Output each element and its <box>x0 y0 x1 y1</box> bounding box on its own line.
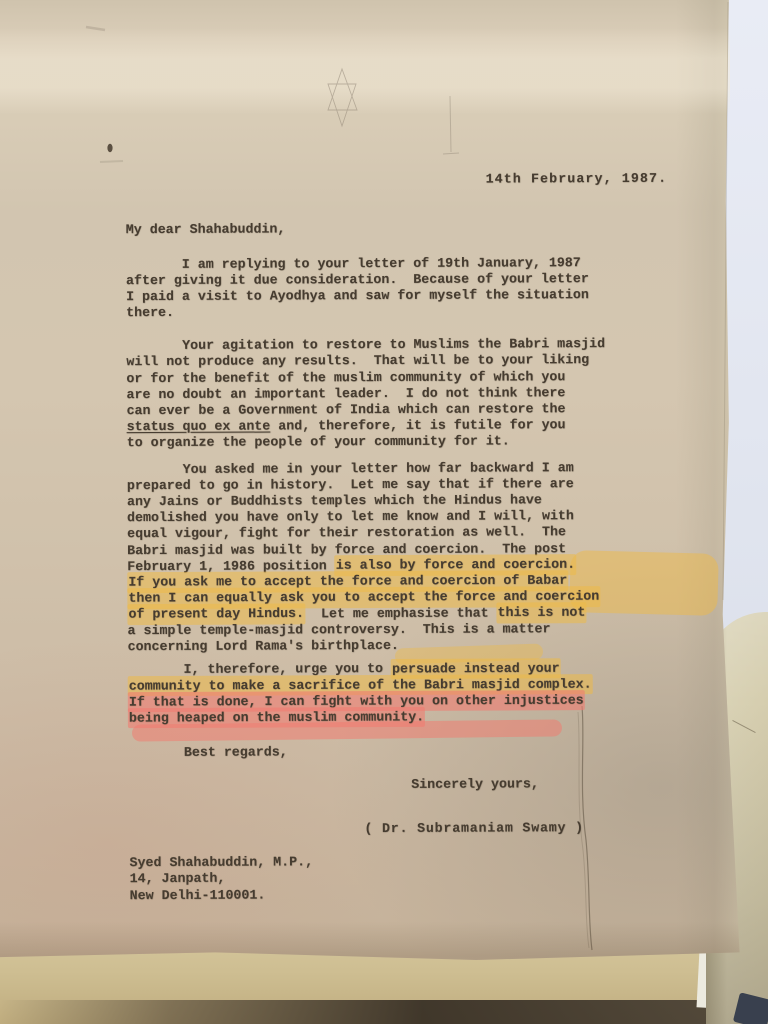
salutation: My dear Shahabuddin, <box>126 221 286 237</box>
text-segment: can ever be a Government of India which … <box>127 401 566 418</box>
address-line: Syed Shahabuddin, M.P., <box>129 854 313 871</box>
text-segment: or for the benefit of the muslim communi… <box>126 369 565 386</box>
letter-body: I am replying to your letter of 19th Jan… <box>126 255 668 761</box>
text-segment: prepared to go in history. Let me say th… <box>127 476 574 493</box>
highlight-yellow: this is not <box>496 602 586 623</box>
text-segment: demolished you have only to let me know … <box>127 508 574 525</box>
text-segment: any Jains or Buddhists temples which the… <box>127 493 542 510</box>
paragraph: I, therefore, urge you to persuade inste… <box>128 660 668 727</box>
text-segment: there. <box>126 305 174 320</box>
text-line: to organize the people of your community… <box>127 433 667 451</box>
text-segment: You asked me in your letter how far back… <box>127 460 574 477</box>
text-segment: are no doubt an important leader. I do n… <box>126 385 565 402</box>
text-segment: after giving it due consideration. Becau… <box>126 271 589 288</box>
paragraph: You asked me in your letter how far back… <box>127 460 668 655</box>
text-line: Best regards, <box>128 742 668 760</box>
text-segment: and, therefore, it is futile for you <box>270 417 565 433</box>
letter-photo: { "letter": { "date": "14th February, 19… <box>0 0 768 1024</box>
letter-content: 14th February, 1987. My dear Shahabuddin… <box>0 0 768 1024</box>
text-line: of present day Hindus. Let me emphasise … <box>127 605 667 623</box>
address-line: 14, Janpath, <box>130 871 314 888</box>
recipient-address: Syed Shahabuddin, M.P.,14, Janpath,New D… <box>129 854 313 904</box>
signature-name: ( Dr. Subramaniam Swamy ) <box>364 820 584 836</box>
text-segment: a simple temple-masjid controversy. This… <box>127 621 550 638</box>
text-line: will not produce any results. That will … <box>126 352 666 370</box>
text-line: there. <box>126 303 666 321</box>
date-line: 14th February, 1987. <box>486 171 668 187</box>
text-line: I paid a visit to Ayodhya and saw for my… <box>126 287 666 305</box>
text-segment: Best regards, <box>128 744 288 760</box>
paragraph: Your agitation to restore to Muslims the… <box>126 336 666 451</box>
text-segment: concerning Lord Rama's birthplace. <box>128 638 399 654</box>
text-segment: will not produce any results. That will … <box>126 353 589 370</box>
text-line: being heaped on the muslim community. <box>128 708 668 726</box>
text-line: concerning Lord Rama's birthplace. <box>128 637 668 655</box>
signoff: Sincerely yours, <box>411 776 539 792</box>
text-segment: equal vigour, fight for their restoratio… <box>127 525 566 542</box>
text-segment: Your agitation to restore to Muslims the… <box>126 336 605 353</box>
text-segment: to organize the people of your community… <box>127 433 510 450</box>
underlined-text: status quo ex ante <box>127 418 271 434</box>
text-segment: I paid a visit to Ayodhya and saw for my… <box>126 287 589 304</box>
address-line: New Delhi-110001. <box>130 887 314 904</box>
highlight-pink: being heaped on the muslim community. <box>128 707 425 729</box>
text-segment: Let me emphasise that <box>305 605 497 621</box>
paragraph: Best regards, <box>128 742 668 760</box>
paragraph: I am replying to your letter of 19th Jan… <box>126 255 666 322</box>
text-segment: I am replying to your letter of 19th Jan… <box>126 255 581 272</box>
